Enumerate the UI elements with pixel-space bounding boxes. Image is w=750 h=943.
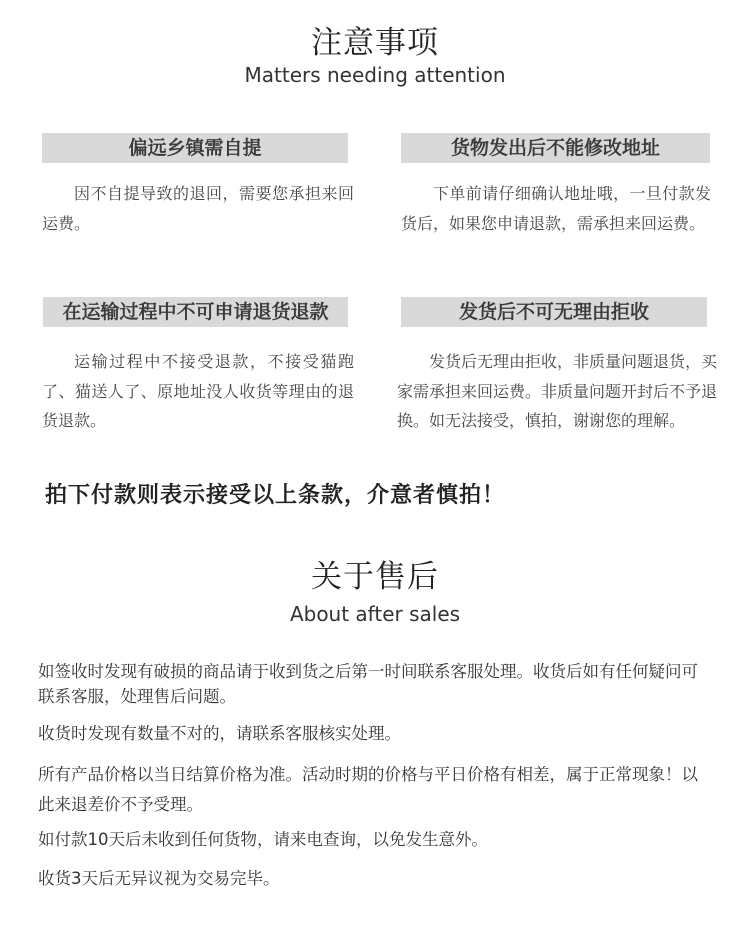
notice-box-heading: 发货后不可无理由拒收 [401,297,707,327]
notice-box-no-address-change: 货物发出后不能修改地址 下单前请仔细确认地址哦，一旦付款发货后，如果您申请退款，… [401,133,710,238]
after-sales-paragraph-missing: 如付款10天后未收到任何货物，请来电查询，以免发生意外。 [38,827,714,852]
after-sales-title-cn: 关于售后 [0,551,750,596]
after-sales-paragraph-damage: 如签收时发现有破损的商品请于收到货之后第一时间联系客服处理。收货后如有任何疑问可… [38,659,714,709]
notice-box-no-refund-in-transit: 在运输过程中不可申请退货退款 运输过程中不接受退款，不接受猫跑了、猫送人了、原地… [43,297,348,436]
notice-title-cn: 注意事项 [0,17,750,62]
notice-title-en: Matters needing attention [0,63,750,87]
after-sales-paragraph-quantity: 收货时发现有数量不对的，请联系客服核实处理。 [38,721,714,746]
notice-box-body: 因不自提导致的退回，需要您承担来回运费。 [42,179,354,238]
notice-box-body: 发货后无理由拒收，非质量问题退货，买家需承担来回运费。非质量问题开封后不予退换。… [397,347,717,436]
notice-box-body: 下单前请仔细确认地址哦，一旦付款发货后，如果您申请退款，需承担来回运费。 [401,179,711,238]
notice-box-heading: 偏远乡镇需自提 [42,133,348,163]
notice-box-heading: 在运输过程中不可申请退货退款 [43,297,348,327]
notice-box-heading: 货物发出后不能修改地址 [401,133,710,163]
notice-box-body: 运输过程中不接受退款，不接受猫跑了、猫送人了、原地址没人收货等理由的退货退款。 [42,347,354,436]
after-sales-title-en: About after sales [0,602,750,626]
after-sales-paragraph-completion: 收货3天后无异议视为交易完毕。 [38,866,714,891]
after-sales-paragraph-price: 所有产品价格以当日结算价格为准。活动时期的价格与平日价格有相差，属于正常现象！以… [38,760,714,820]
notice-box-remote-pickup: 偏远乡镇需自提 因不自提导致的退回，需要您承担来回运费。 [42,133,348,238]
terms-warning: 拍下付款则表示接受以上条款，介意者慎拍！ [45,478,505,509]
notice-box-no-rejection: 发货后不可无理由拒收 发货后无理由拒收，非质量问题退货，买家需承担来回运费。非质… [401,297,707,436]
